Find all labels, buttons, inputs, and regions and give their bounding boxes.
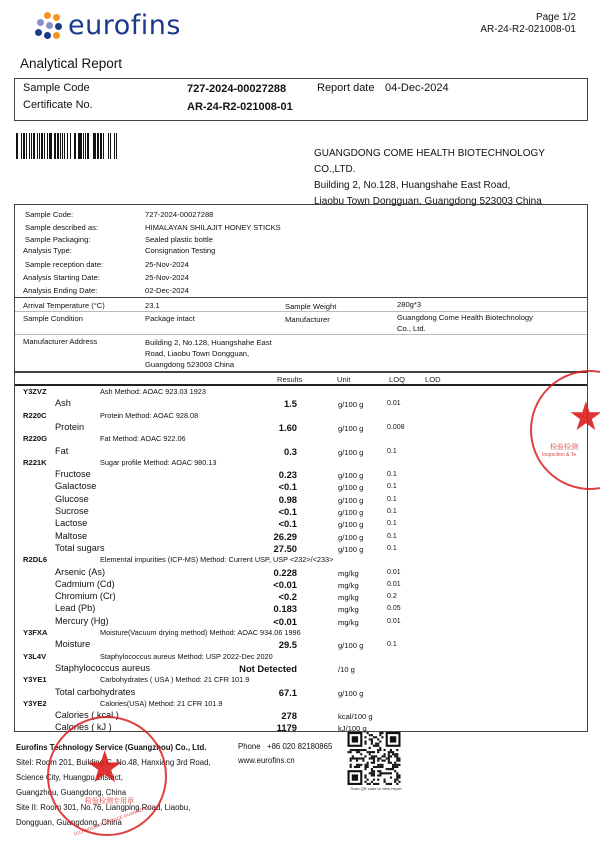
result-row: Glucose0.98g/100 g0.1 xyxy=(15,494,587,506)
stamp-text: Inspection & Te xyxy=(542,452,576,458)
analyte-name: Sucrose xyxy=(55,506,89,516)
analyte-name: Galactose xyxy=(55,481,96,491)
lab-contact: Phone +86 020 82180865 www.eurofins.cn xyxy=(238,740,332,768)
result-value: 1.60 xyxy=(279,422,297,433)
manufacturer-line2: Co., Ltd. xyxy=(397,324,426,333)
result-value: Not Detected xyxy=(239,663,297,674)
analyte-name: Total carbohydrates xyxy=(55,687,135,697)
unit: g/100 g xyxy=(338,533,363,542)
result-row: Mercury (Hg)<0.01mg/kg0.01 xyxy=(15,616,587,628)
method-text: Ash Method: AOAC 923.03 1923 xyxy=(100,387,206,396)
unit: g/100 g xyxy=(338,496,363,505)
loq: 0.1 xyxy=(387,508,397,515)
results-table: Results Unit LOQ LOD Y3ZVZAsh Method: AO… xyxy=(14,372,588,732)
sample-condition-value: Package intact xyxy=(145,314,195,323)
result-value: <0.1 xyxy=(278,518,297,529)
result-value: 278 xyxy=(281,710,297,721)
page-certificate: AR-24-R2-021008-01 xyxy=(480,24,576,36)
result-row: Cadmium (Cd)<0.01mg/kg0.01 xyxy=(15,579,587,591)
loq: 0.2 xyxy=(387,593,397,600)
phone-number: +86 020 82180865 xyxy=(267,742,332,751)
result-row: Arsenic (As)0.228mg/kg0.01 xyxy=(15,567,587,579)
loq: 0.1 xyxy=(387,471,397,478)
header-lod: LOD xyxy=(425,375,441,384)
report-date-value: 04-Dec-2024 xyxy=(385,82,449,94)
unit: mg/kg xyxy=(338,593,359,602)
result-row: Lactose<0.1g/100 g0.1 xyxy=(15,518,587,530)
loq: 0.1 xyxy=(387,496,397,503)
loq: 0.01 xyxy=(387,581,401,588)
qr-code-icon[interactable] xyxy=(346,732,402,785)
analyte-name: Chromium (Cr) xyxy=(55,591,116,601)
result-row: Sucrose<0.1g/100 g0.1 xyxy=(15,506,587,518)
result-value: <0.2 xyxy=(278,591,297,602)
result-value: 0.228 xyxy=(274,567,297,578)
page-number: Page 1/2 xyxy=(480,12,576,24)
analyte-name: Mercury (Hg) xyxy=(55,616,109,626)
method-text: Calories(USA) Method: 21 CFR 101.9 xyxy=(100,699,222,708)
result-row: Fat0.3g/100 g0.1 xyxy=(15,446,587,458)
unit: g/100 g xyxy=(338,508,363,517)
result-row: Moisture29.5g/100 g0.1 xyxy=(15,639,587,651)
mfr-address-line2: Road, Liaobu Town Dongguan, xyxy=(145,349,249,358)
manufacturer-label: Manufacturer xyxy=(285,315,330,324)
analyte-name: Total sugars xyxy=(55,543,105,553)
client-address: GUANGDONG COME HEALTH BIOTECHNOLOGY CO.,… xyxy=(314,146,545,210)
result-value: 1.5 xyxy=(284,398,297,409)
test-code: R220C xyxy=(23,411,47,420)
method-text: Moisture(Vacuum drying method) Method: A… xyxy=(100,628,301,637)
sample-details-box: Arrival Temperature (°C) 23.1 Sample Wei… xyxy=(14,297,588,372)
divider xyxy=(15,311,587,312)
mfr-address-line1: Building 2, No.128, Huangshahe East xyxy=(145,338,272,347)
method-group-row: Y3ZVZAsh Method: AOAC 923.03 1923 xyxy=(15,387,587,399)
unit: g/100 g xyxy=(338,689,363,698)
barcode xyxy=(16,133,212,159)
result-row: Total sugars27.50g/100 g0.1 xyxy=(15,543,587,555)
test-code: Y3FXA xyxy=(23,628,47,637)
mfr-address-line3: Guangdong 523003 China xyxy=(145,360,234,369)
result-value: <0.01 xyxy=(273,579,297,590)
brand-name: eurofins xyxy=(68,10,181,41)
result-value: <0.1 xyxy=(278,481,297,492)
method-group-row: R220GFat Method: AOAC 922.06 xyxy=(15,434,587,446)
method-group-row: Y3YE1Carbohydrates ( USA ) Method: 21 CF… xyxy=(15,675,587,687)
loq: 0.1 xyxy=(387,483,397,490)
loq: 0.05 xyxy=(387,605,401,612)
sample-condition-label: Sample Condition xyxy=(23,314,83,323)
analyte-name: Fat xyxy=(55,446,68,456)
sample-info-box: Sample Code:727-2024-00027288 Sample des… xyxy=(14,204,588,298)
stamp-ring-text: TECHNOLOGY SERVICE GUANGZHOU xyxy=(73,804,153,837)
client-name-line1: GUANGDONG COME HEALTH BIOTECHNOLOGY xyxy=(314,146,545,162)
header-rule xyxy=(15,384,587,386)
unit: g/100 g xyxy=(338,641,363,650)
loq: 0.1 xyxy=(387,533,397,540)
qr-caption: Scan QR code to view report xyxy=(340,786,412,791)
test-code: Y3YE1 xyxy=(23,675,47,684)
unit: mg/kg xyxy=(338,581,359,590)
analyte-name: Ash xyxy=(55,398,71,408)
result-value: 0.183 xyxy=(274,603,297,614)
test-code: Y3L4V xyxy=(23,652,46,661)
unit: g/100 g xyxy=(338,483,363,492)
unit: mg/kg xyxy=(338,569,359,578)
loq: 0.008 xyxy=(387,424,405,431)
result-value: 67.1 xyxy=(279,687,297,698)
loq: 0.1 xyxy=(387,545,397,552)
website-link[interactable]: www.eurofins.cn xyxy=(238,754,332,768)
result-row: Total carbohydrates67.1g/100 g xyxy=(15,687,587,699)
method-text: Sugar profile Method: AOAC 980.13 xyxy=(100,458,216,467)
analyte-name: Lead (Pb) xyxy=(55,603,95,613)
unit: g/100 g xyxy=(338,448,363,457)
test-code: Y3YE2 xyxy=(23,699,47,708)
header-unit: Unit xyxy=(337,375,351,384)
report-title: Analytical Report xyxy=(20,56,122,71)
header-loq: LOQ xyxy=(389,375,405,384)
result-value: 0.3 xyxy=(284,446,297,457)
certificate-value: AR-24-R2-021008-01 xyxy=(187,101,293,113)
method-group-row: R220CProtein Method: AOAC 928.08 xyxy=(15,411,587,423)
result-row: Chromium (Cr)<0.2mg/kg0.2 xyxy=(15,591,587,603)
unit: g/100 g xyxy=(338,400,363,409)
analyte-name: Fructose xyxy=(55,469,91,479)
loq: 0.1 xyxy=(387,448,397,455)
page-info: Page 1/2 AR-24-R2-021008-01 xyxy=(480,12,576,36)
result-row: Maltose26.29g/100 g0.1 xyxy=(15,531,587,543)
result-value: <0.01 xyxy=(273,616,297,627)
loq: 0.1 xyxy=(387,520,397,527)
method-group-row: Y3L4VStaphylococcus aureus Method: USP 2… xyxy=(15,652,587,664)
summary-box: Sample Code 727-2024-00027288 Report dat… xyxy=(14,78,588,121)
result-row: Protein1.60g/100 g0.008 xyxy=(15,422,587,434)
loq: 0.01 xyxy=(387,400,401,407)
logo-dots-icon xyxy=(34,12,62,40)
method-text: Elemental impurities (ICP-MS) Method: Cu… xyxy=(100,555,333,564)
analyte-name: Arsenic (As) xyxy=(55,567,105,577)
method-text: Fat Method: AOAC 922.06 xyxy=(100,434,186,443)
divider xyxy=(15,334,587,335)
result-row: Lead (Pb)0.183mg/kg0.05 xyxy=(15,603,587,615)
stamp-star-icon: ★ xyxy=(568,394,600,440)
method-group-row: R2DL6Elemental impurities (ICP-MS) Metho… xyxy=(15,555,587,567)
phone-label: Phone xyxy=(238,742,261,751)
method-group-row: Y3FXAMoisture(Vacuum drying method) Meth… xyxy=(15,628,587,640)
arrival-temp-value: 23.1 xyxy=(145,301,160,310)
result-row: Staphylococcus aureusNot Detected/10 g xyxy=(15,663,587,675)
result-value: 29.5 xyxy=(279,639,297,650)
client-address-line1: Building 2, No.128, Huangshahe East Road… xyxy=(314,178,545,194)
analyte-name: Cadmium (Cd) xyxy=(55,579,115,589)
result-row: Fructose0.23g/100 g0.1 xyxy=(15,469,587,481)
sample-weight-label: Sample Weight xyxy=(285,302,336,311)
result-value: 0.23 xyxy=(279,469,297,480)
result-value: 1179 xyxy=(277,722,297,733)
client-name-line2: CO.,LTD. xyxy=(314,162,545,178)
analyte-name: Moisture xyxy=(55,639,90,649)
result-value: 27.50 xyxy=(274,543,297,554)
unit: g/100 g xyxy=(338,545,363,554)
test-code: R2DL6 xyxy=(23,555,47,564)
analyte-name: Maltose xyxy=(55,531,87,541)
loq: 0.1 xyxy=(387,641,397,648)
unit: g/100 g xyxy=(338,424,363,433)
loq: 0.01 xyxy=(387,618,401,625)
arrival-temp-label: Arrival Temperature (°C) xyxy=(23,301,105,310)
loq: 0.01 xyxy=(387,569,401,576)
method-text: Carbohydrates ( USA ) Method: 21 CFR 101… xyxy=(100,675,249,684)
unit: g/100 g xyxy=(338,471,363,480)
report-date-label: Report date xyxy=(317,82,374,94)
result-value: <0.1 xyxy=(278,506,297,517)
result-value: 26.29 xyxy=(274,531,297,542)
header-results: Results xyxy=(277,375,302,384)
test-code: R221K xyxy=(23,458,47,467)
test-code: R220G xyxy=(23,434,47,443)
method-text: Staphylococcus aureus Method: USP 2022-D… xyxy=(100,652,273,661)
official-stamp: ★ 检验检测专用章 TECHNOLOGY SERVICE GUANGZHOU xyxy=(47,716,167,836)
stamp-text: 检验检测 xyxy=(550,442,578,452)
eurofins-logo: eurofins xyxy=(34,10,181,41)
result-value: 0.98 xyxy=(279,494,297,505)
manufacturer-line1: Guangdong Come Health Biotechnology xyxy=(397,313,533,322)
sample-code-label: Sample Code xyxy=(23,82,90,94)
unit: /10 g xyxy=(338,665,355,674)
analyte-name: Glucose xyxy=(55,494,89,504)
result-row: Ash1.5g/100 g0.01 xyxy=(15,398,587,410)
result-row: Galactose<0.1g/100 g0.1 xyxy=(15,481,587,493)
unit: g/100 g xyxy=(338,520,363,529)
analyte-name: Lactose xyxy=(55,518,87,528)
certificate-label: Certificate No. xyxy=(23,99,93,111)
stamp-star-icon: ★ xyxy=(85,742,124,793)
method-group-row: R221KSugar profile Method: AOAC 980.13 xyxy=(15,458,587,470)
test-code: Y3ZVZ xyxy=(23,387,47,396)
analyte-name: Protein xyxy=(55,422,84,432)
method-text: Protein Method: AOAC 928.08 xyxy=(100,411,198,420)
stamp-text: 检验检测专用章 xyxy=(85,796,134,806)
unit: kcal/100 g xyxy=(338,712,373,721)
sample-weight-value: 280g*3 xyxy=(397,300,421,309)
method-group-row: Y3YE2Calories(USA) Method: 21 CFR 101.9 xyxy=(15,699,587,711)
mfr-address-label: Manufacturer Address xyxy=(23,337,97,346)
sample-code-value: 727-2024-00027288 xyxy=(187,83,286,95)
unit: mg/kg xyxy=(338,605,359,614)
analyte-name: Staphylococcus aureus xyxy=(55,663,150,673)
unit: mg/kg xyxy=(338,618,359,627)
